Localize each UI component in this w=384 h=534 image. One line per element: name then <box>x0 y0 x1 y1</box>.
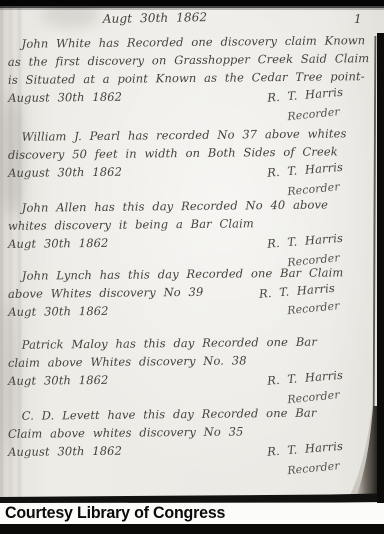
page-edge-line <box>373 36 377 412</box>
ledger-page-photo: Augt 30th 1862 1 John White has Recorded… <box>0 0 384 534</box>
caption-text: Courtesy Library of Congress <box>0 504 225 523</box>
caption-strip: Courtesy Library of Congress <box>0 503 384 524</box>
photo-bottom-edge <box>0 524 384 534</box>
page-bottom-rule <box>0 494 377 504</box>
photo-top-edge <box>0 0 384 10</box>
page-edge-artwork <box>0 0 384 534</box>
photo-right-edge <box>377 33 384 505</box>
